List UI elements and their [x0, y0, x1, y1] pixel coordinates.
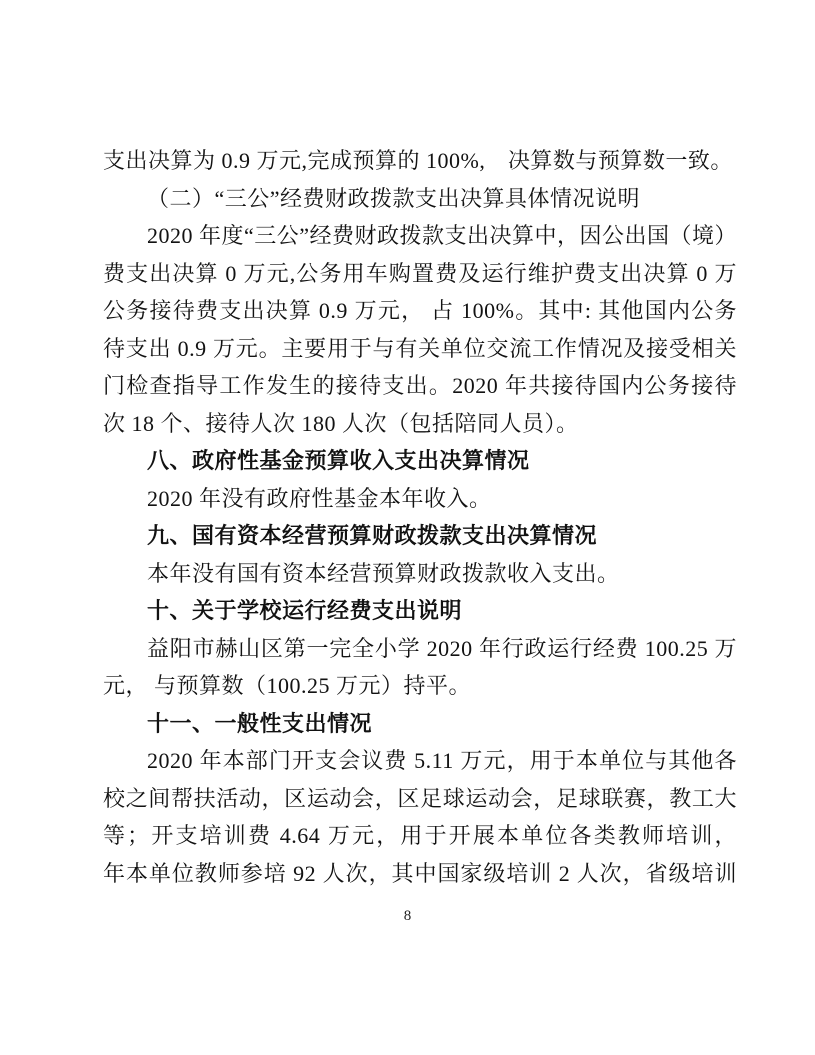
text-line: 次 18 个、接待人次 180 人次（包括陪同人员）。: [103, 405, 737, 443]
text-line: 益阳市赫山区第一完全小学 2020 年行政运行经费 100.25 万: [103, 630, 737, 668]
text-line: 校之间帮扶活动，区运动会，区足球运动会，足球联赛，教工大会: [103, 780, 737, 818]
text-line: 本年没有国有资本经营预算财政拨款收入支出。: [103, 555, 737, 593]
text-line: 2020 年度“三公”经费财政拨款支出决算中，因公出国（境）: [103, 217, 737, 255]
text-line: 年本单位教师参培 92 人次，其中国家级培训 2 人次，省级培训 5: [103, 855, 737, 893]
section-heading: 九、国有资本经营预算财政拨款支出决算情况: [103, 517, 737, 555]
text-line: 十一、一般性支出情况: [103, 705, 737, 743]
text-line: 九、国有资本经营预算财政拨款支出决算情况: [103, 517, 737, 555]
paragraph: （二）“三公”经费财政拨款支出决算具体情况说明: [103, 180, 737, 218]
page-number: 8: [404, 908, 412, 924]
document-page: 支出决算为 0.9 万元,完成预算的 100%, 决算数与预算数一致。（二）“三…: [0, 0, 815, 1055]
text-line: 费支出决算 0 万元,公务用车购置费及运行维护费支出决算 0 万元，: [103, 255, 737, 293]
text-line: 八、政府性基金预算收入支出决算情况: [103, 442, 737, 480]
document-body: 支出决算为 0.9 万元,完成预算的 100%, 决算数与预算数一致。（二）“三…: [103, 142, 737, 892]
paragraph: 2020 年度“三公”经费财政拨款支出决算中，因公出国（境）费支出决算 0 万元…: [103, 217, 737, 442]
paragraph: 2020 年没有政府性基金本年收入。: [103, 480, 737, 518]
text-line: 十、关于学校运行经费支出说明: [103, 592, 737, 630]
text-line: 门检查指导工作发生的接待支出。2020 年共接待国内公务接待批: [103, 367, 737, 405]
paragraph: 2020 年本部门开支会议费 5.11 万元，用于本单位与其他各学校之间帮扶活动…: [103, 742, 737, 892]
page-footer: 8: [0, 906, 815, 926]
paragraph: 支出决算为 0.9 万元,完成预算的 100%, 决算数与预算数一致。: [103, 142, 737, 180]
section-heading: 十一、一般性支出情况: [103, 705, 737, 743]
paragraph: 本年没有国有资本经营预算财政拨款收入支出。: [103, 555, 737, 593]
text-line: 2020 年没有政府性基金本年收入。: [103, 480, 737, 518]
text-line: （二）“三公”经费财政拨款支出决算具体情况说明: [103, 180, 737, 218]
section-heading: 十、关于学校运行经费支出说明: [103, 592, 737, 630]
text-line: 公务接待费支出决算 0.9 万元， 占 100%。其中: 其他国内公务接: [103, 292, 737, 330]
paragraph: 益阳市赫山区第一完全小学 2020 年行政运行经费 100.25 万元， 与预算…: [103, 630, 737, 705]
text-line: 2020 年本部门开支会议费 5.11 万元，用于本单位与其他各学: [103, 742, 737, 780]
text-line: 待支出 0.9 万元。主要用于与有关单位交流工作情况及接受相关部: [103, 330, 737, 368]
text-line: 等；开支培训费 4.64 万元，用于开展本单位各类教师培训，2020: [103, 817, 737, 855]
section-heading: 八、政府性基金预算收入支出决算情况: [103, 442, 737, 480]
text-line: 支出决算为 0.9 万元,完成预算的 100%, 决算数与预算数一致。: [103, 142, 737, 180]
text-line: 元， 与预算数（100.25 万元）持平。: [103, 667, 737, 705]
